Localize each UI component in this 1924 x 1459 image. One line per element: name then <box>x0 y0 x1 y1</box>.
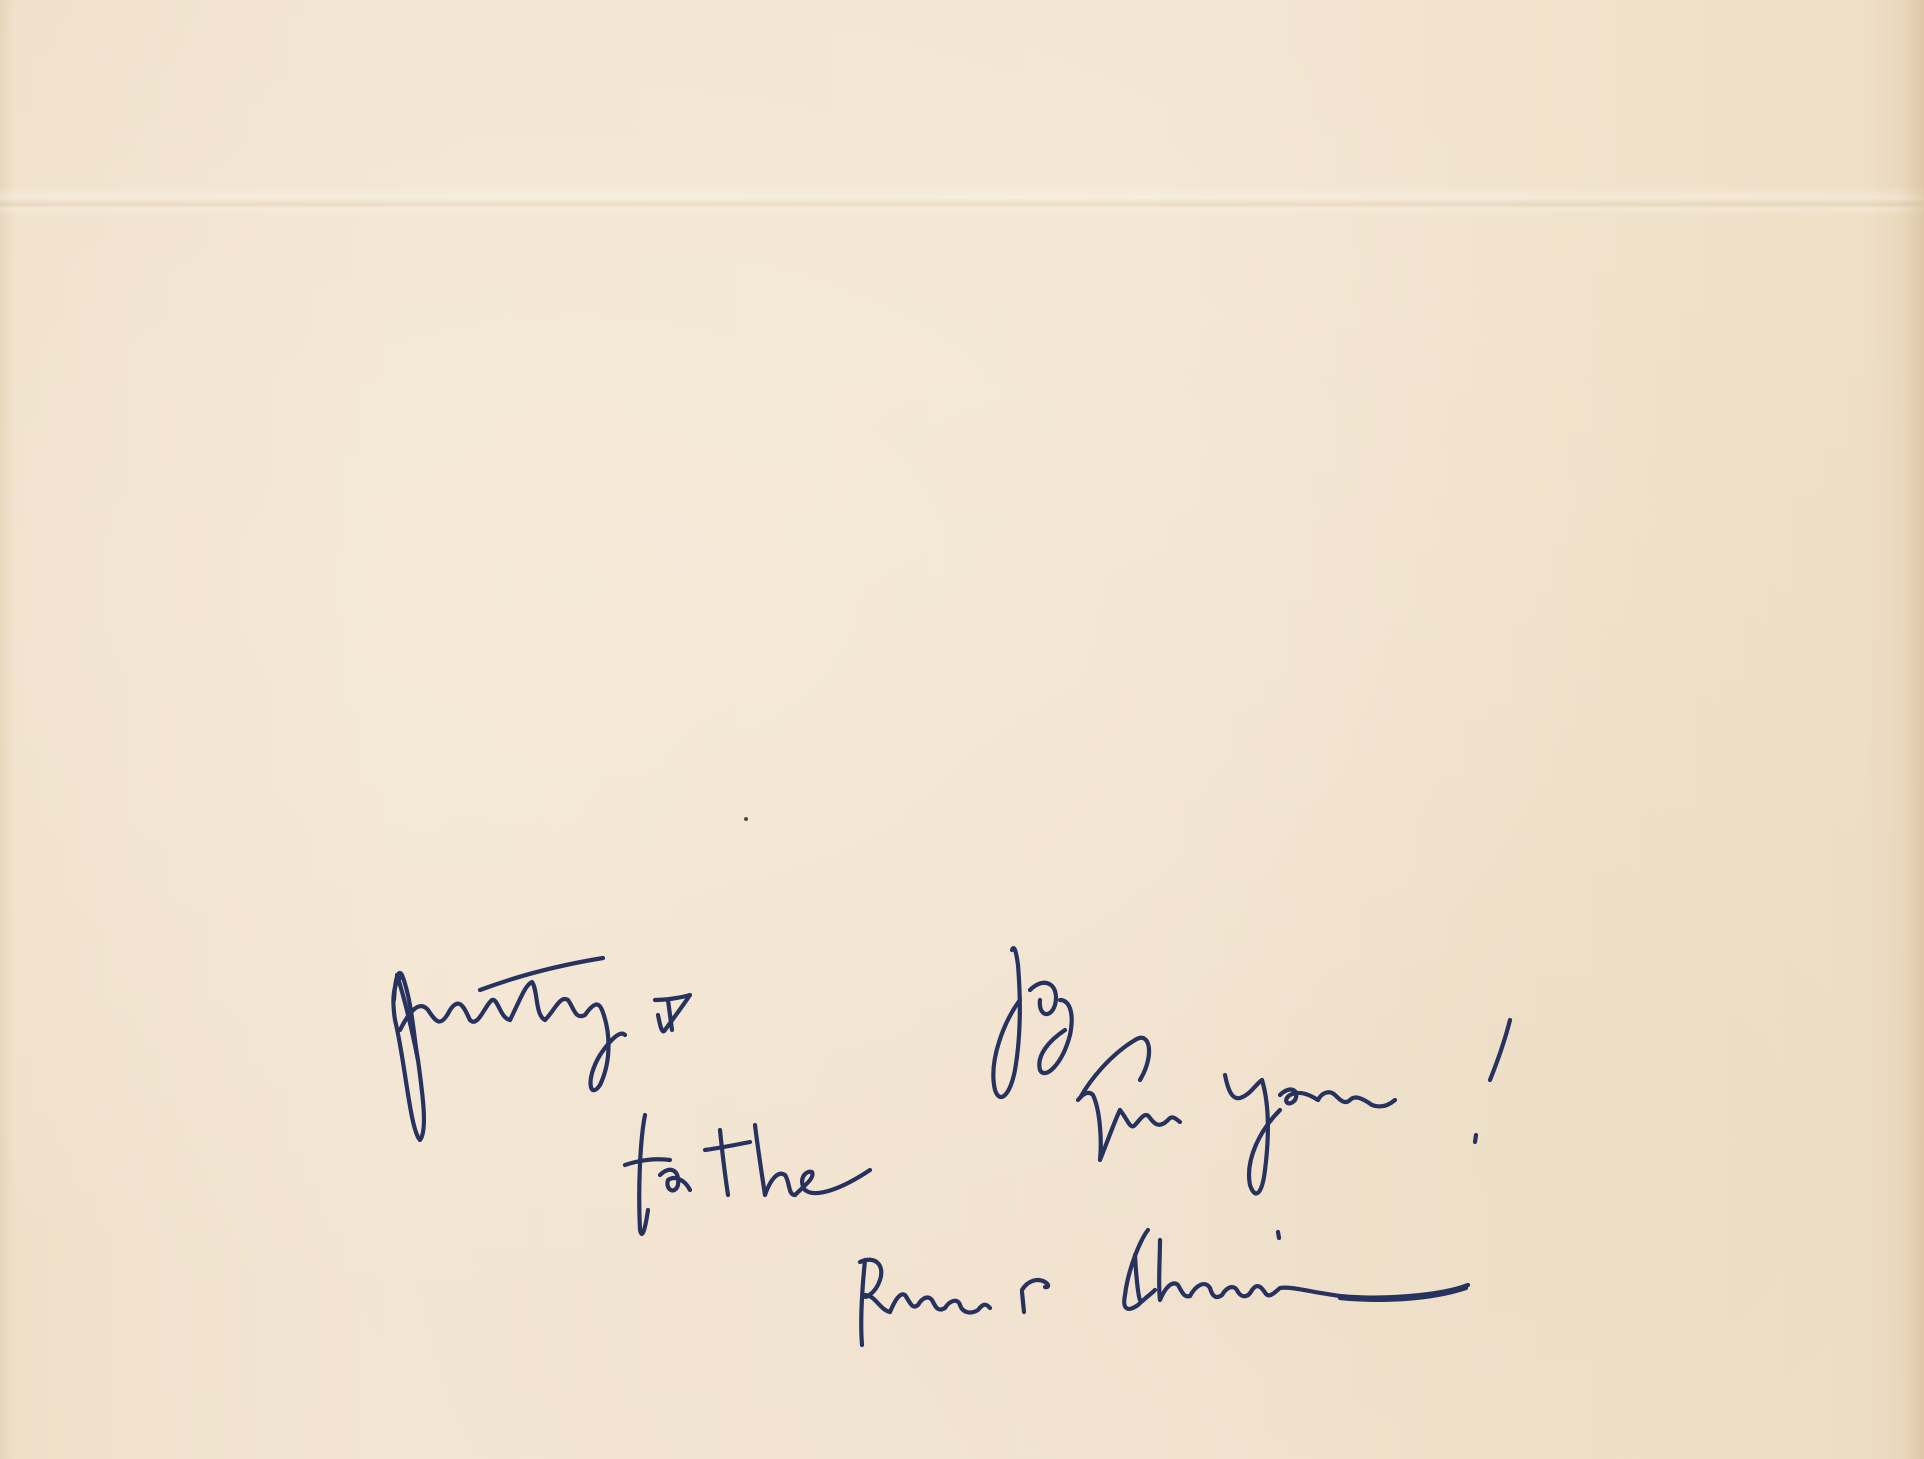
handwriting-line-new-year <box>625 1020 1510 1234</box>
handwriting-line-greetings-joy <box>393 948 1071 1140</box>
handwriting <box>0 0 1924 1459</box>
note-paper: Greetings & Joy for the New Year! Renee … <box>0 0 1924 1459</box>
handwriting-line-signature <box>860 1230 1468 1345</box>
